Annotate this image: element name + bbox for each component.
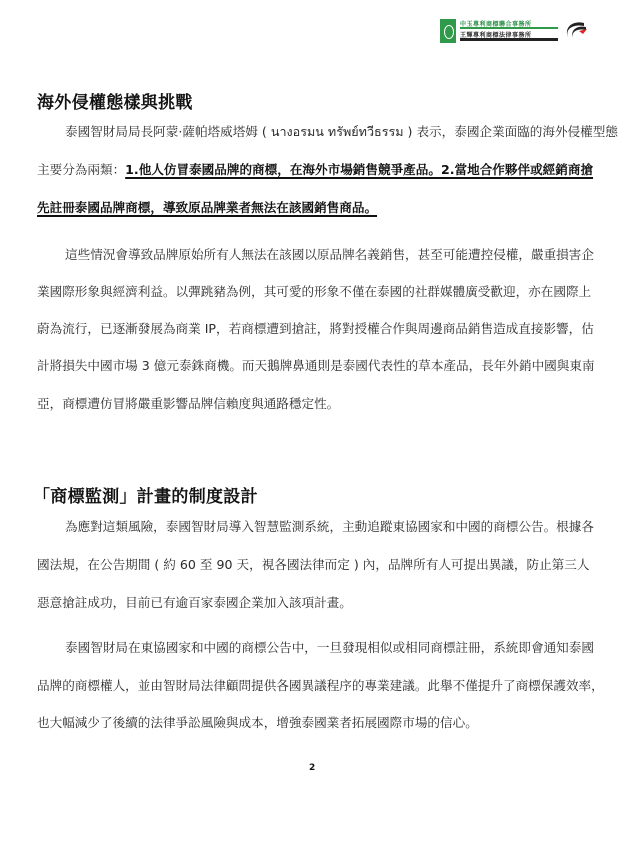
paragraph-line: 主要分為兩類：1.他人仿冒泰國品牌的商標，在海外市場銷售競爭產品。2.當地合作夥… (37, 162, 593, 178)
paragraph-line: 亞，商標遭仿冒將嚴重影響品牌信賴度與通路穩定性。 (37, 396, 339, 412)
section-heading-trademark-monitoring: 「商標監測」計畫的制度設計 (33, 482, 258, 507)
paragraph-line: 泰國智財局局長阿蒙·薩帕塔威塔姆 ( นางอรมน ทรัพย์ทวีธรรม… (65, 124, 618, 140)
logo-english-bar-2 (460, 38, 558, 41)
paragraph-line: 也大幅減少了後續的法律爭訟風險與成本，增強泰國業者拓展國際市場的信心。 (37, 715, 478, 731)
logo-swoosh-icon (562, 20, 588, 42)
paragraph-line: 品牌的商標權人，並由智財局法律顧問提供各國異議程序的專業建議。此舉不僅提升了商標… (37, 678, 604, 694)
logo-emblem-icon (440, 19, 456, 43)
logo-english-bar-1 (460, 27, 558, 29)
paragraph-line: 計將損失中國市場 3 億元泰銖商機。而天鵝牌鼻通則是泰國代表性的草本產品，長年外… (37, 358, 595, 374)
paragraph-line: 惡意搶註成功，目前已有逾百家泰國企業加入該項計畫。 (37, 595, 352, 611)
paragraph-line: 業國際形象與經濟利益。以彈跳豬為例，其可愛的形象不僅在泰國的社群媒體廣受歡迎，亦… (37, 284, 591, 300)
paragraph-line: 這些情況會導致品牌原始所有人無法在該國以原品牌名義銷售，甚至可能遭控侵權，嚴重損… (65, 247, 594, 263)
underlined-emphasis: 1.他人仿冒泰國品牌的商標，在海外市場銷售競爭產品。2.當地合作夥伴或經銷商搶 (125, 162, 593, 177)
section-heading-overseas-infringement: 海外侵權態樣與挑戰 (37, 88, 193, 113)
paragraph-text: 主要分為兩類： (37, 162, 125, 177)
page-number: 2 (309, 763, 315, 773)
paragraph-line: 先註冊泰國品牌商標，導致原品牌業者無法在該國銷售商品。 (37, 200, 377, 216)
paragraph-line: 為應對這類風險，泰國智財局導入智慧監測系統，主動追蹤東協國家和中國的商標公告。根… (65, 519, 594, 535)
underlined-emphasis: 先註冊泰國品牌商標，導致原品牌業者無法在該國銷售商品。 (37, 200, 377, 215)
firm-logo: 中玉專利商標聯合事務所 王輝專利商標法律事務所 (440, 19, 590, 43)
paragraph-line: 國法規，在公告期間 ( 約 60 至 90 天，視各國法律而定 ) 內，品牌所有… (37, 557, 589, 573)
paragraph-line: 蔚為流行，已逐漸發展為商業 IP，若商標遭到搶註，將對授權合作與周邊商品銷售造成… (37, 321, 594, 337)
paragraph-line: 泰國智財局在東協國家和中國的商標公告中，一旦發現相似或相同商標註冊，系統即會通知… (65, 640, 594, 656)
